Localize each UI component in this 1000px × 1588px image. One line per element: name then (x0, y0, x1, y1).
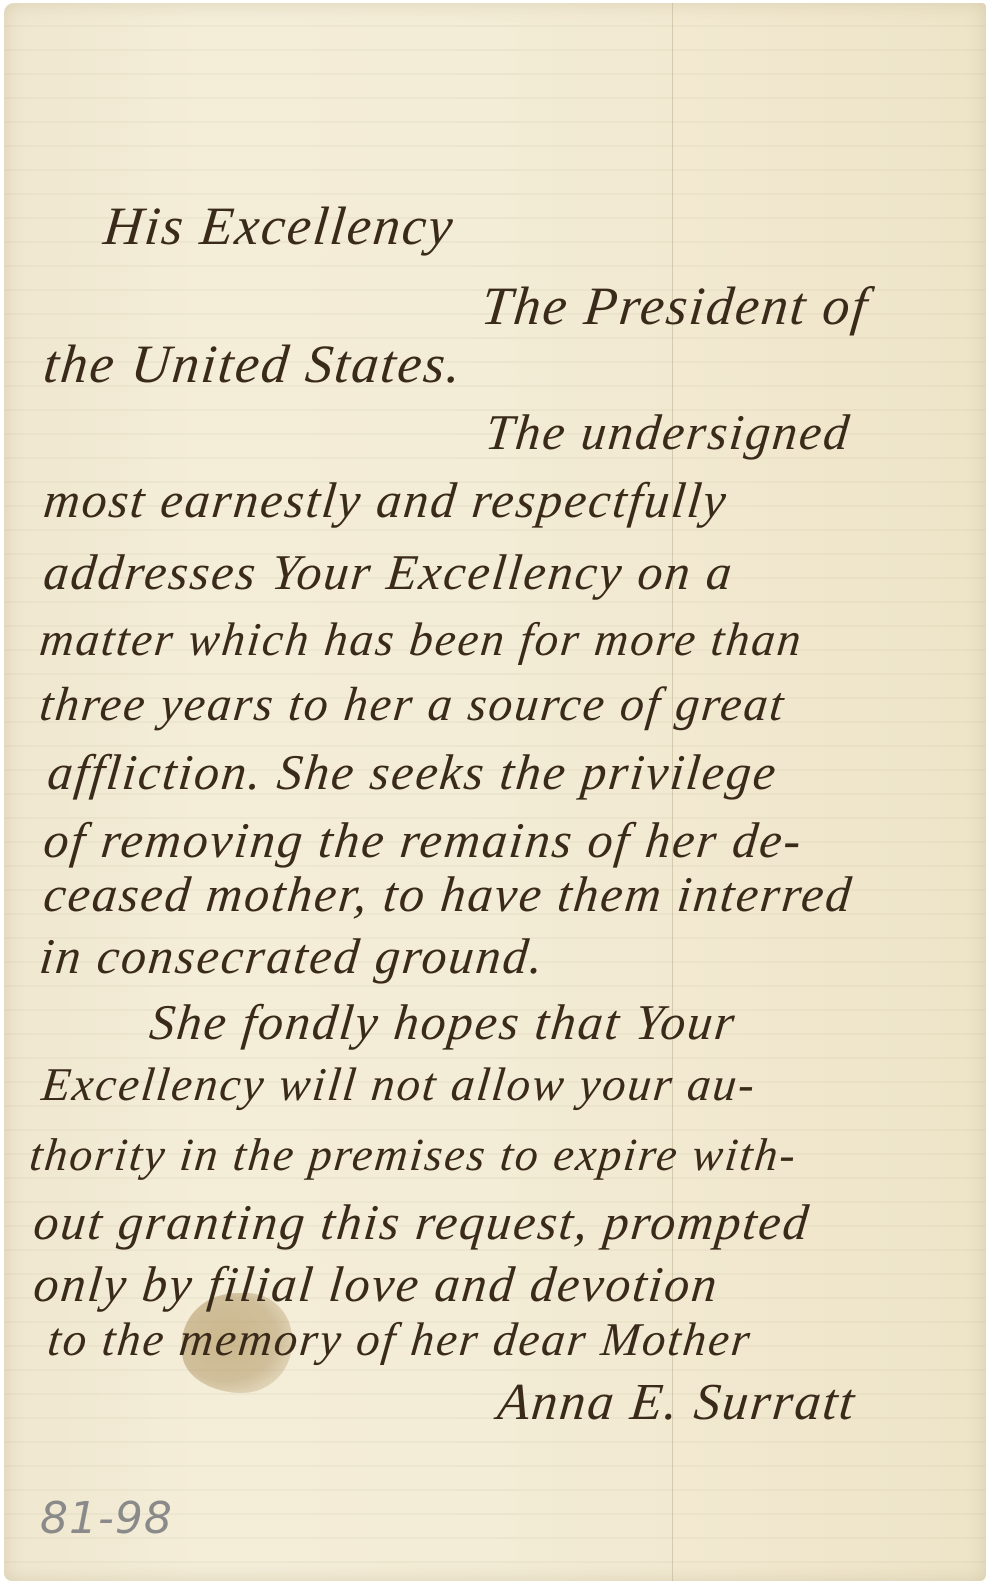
body-line: Excellency will not allow your au- (39, 1058, 759, 1112)
body-line: thority in the premises to expire with- (27, 1128, 800, 1181)
body-line: The undersigned (483, 403, 854, 461)
body-line: matter which has been for more than (37, 613, 805, 667)
signature: Anna E. Surratt (495, 1373, 859, 1432)
body-line: out granting this request, prompted (31, 1193, 813, 1251)
body-line: most earnestly and respectfully (41, 471, 731, 529)
body-line: only by filial love and devotion (31, 1255, 722, 1313)
body-line: three years to her a source of great (37, 677, 788, 732)
body-line: She fondly hopes that Your (147, 993, 739, 1051)
body-line: affliction. She seeks the privilege (45, 743, 781, 801)
archival-mark: 81-98 (40, 1493, 173, 1544)
body-line: to the memory of her dear Mother (45, 1313, 754, 1367)
letter-sheet: His Excellency The President of the Unit… (4, 3, 986, 1581)
body-line: of removing the remains of her de- (41, 811, 806, 869)
salutation-line-2: The President of (479, 275, 872, 337)
body-line: addresses Your Excellency on a (41, 543, 737, 601)
salutation-line-1: His Excellency (101, 195, 458, 257)
salutation-line-3: the United States. (41, 333, 466, 395)
body-line: in consecrated ground. (37, 927, 548, 985)
body-line: ceased mother, to have them interred (41, 865, 856, 923)
